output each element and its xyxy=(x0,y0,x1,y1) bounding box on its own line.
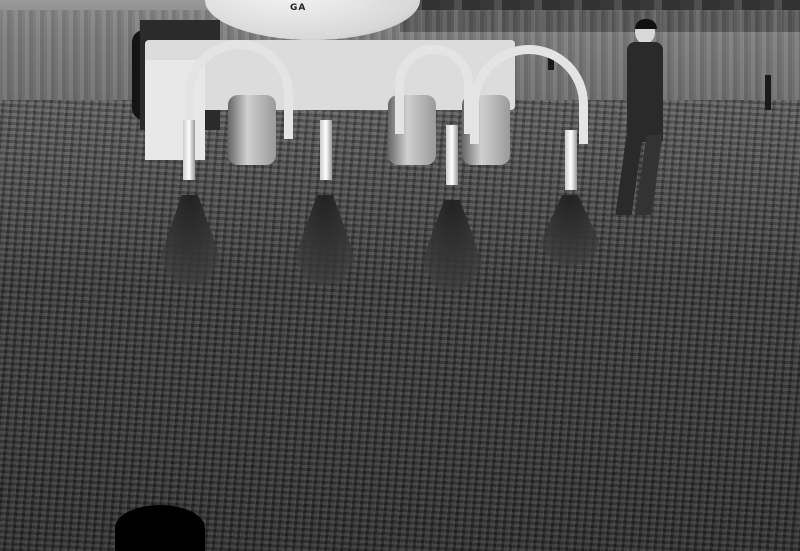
grass-field xyxy=(0,100,800,551)
worker-hair xyxy=(635,19,657,29)
worker-legs xyxy=(615,135,662,215)
spray-nozzle xyxy=(446,125,458,185)
spray-nozzle xyxy=(320,120,332,180)
photograph: GA xyxy=(0,0,800,551)
farm-worker xyxy=(615,20,675,215)
fence-post xyxy=(765,75,771,110)
worker-jacket xyxy=(627,42,663,142)
photographer-shadow xyxy=(115,505,205,551)
tank-label: GA xyxy=(290,3,306,13)
hose xyxy=(185,40,293,139)
hose xyxy=(395,45,473,134)
spray-nozzle xyxy=(565,130,577,190)
spray-nozzle xyxy=(183,120,195,180)
